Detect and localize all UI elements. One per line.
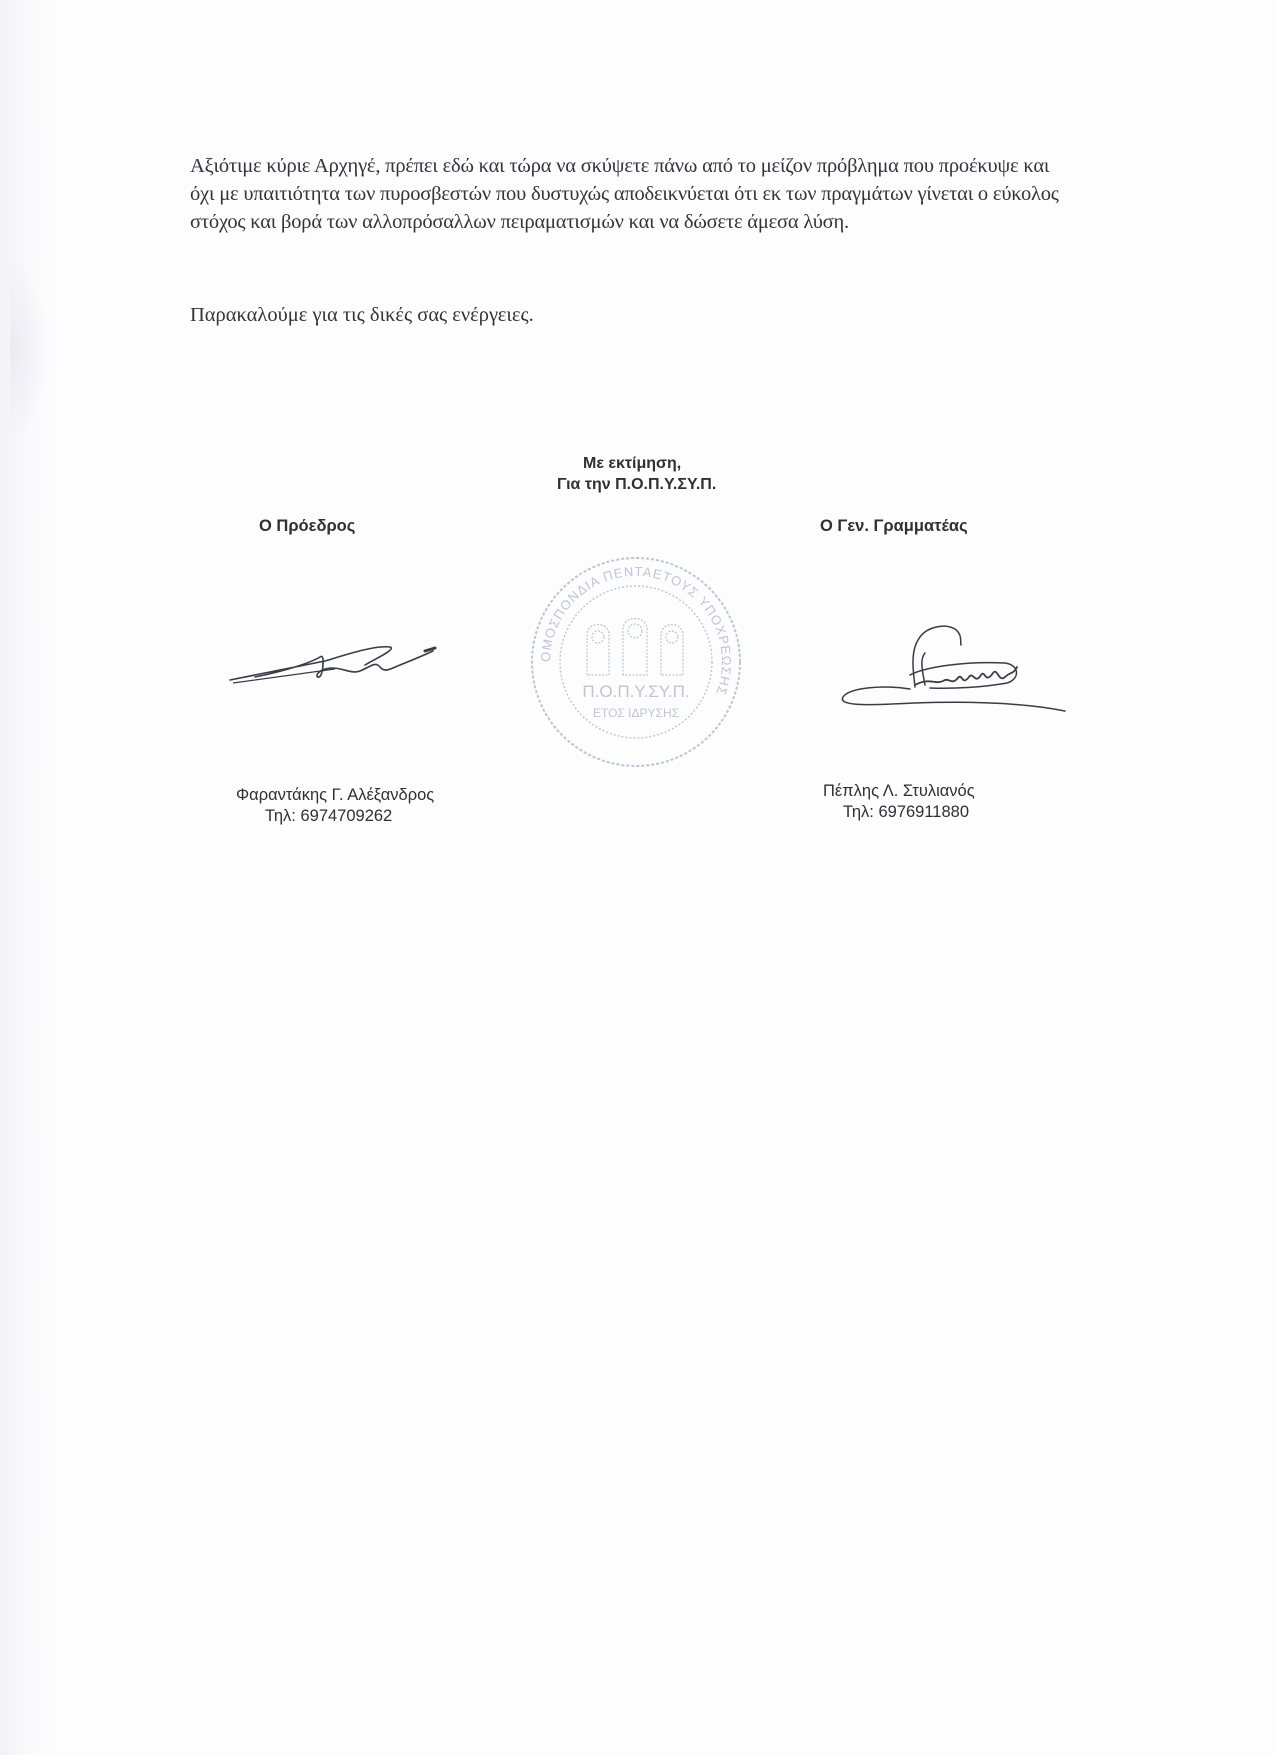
- signatory-name-secretary: Πέπλης Λ. Στυλιανός: [823, 781, 975, 801]
- president-signature: [225, 635, 440, 695]
- secretary-signature: [835, 615, 1070, 720]
- body-paragraph: Αξιότιμε κύριε Αρχηγέ, πρέπει εδώ και τώ…: [190, 152, 1060, 236]
- scan-edge-shading: [10, 260, 50, 440]
- signatory-role-president: Ο Πρόεδρος: [259, 517, 355, 536]
- sign-off-organization: Για την Π.Ο.Π.Υ.ΣΥ.Π.: [557, 476, 716, 494]
- stamp-sub-text: ΕΤΟΣ ΙΔΡΥΣΗΣ: [593, 706, 679, 720]
- sign-off-greeting: Με εκτίμηση,: [583, 455, 681, 473]
- organization-stamp: ΟΜΟΣΠΟΝΔΙΑ ΠΕΝΤΑΕΤΟΥΣ ΥΠΟΧΡΕΩΣΗΣ Π.Ο.Π.Υ…: [525, 555, 747, 770]
- signatory-role-secretary: Ο Γεν. Γραμματέας: [820, 517, 968, 536]
- signatory-phone-secretary: Τηλ: 6976911880: [843, 802, 969, 822]
- signatory-name-president: Φαραντάκης Γ. Αλέξανδρος: [236, 785, 434, 805]
- closing-line: Παρακαλούμε για τις δικές σας ενέργειες.: [190, 304, 534, 327]
- stamp-center-text: Π.Ο.Π.Υ.ΣΥ.Π.: [582, 682, 689, 701]
- signatory-phone-president: Τηλ: 6974709262: [265, 806, 392, 826]
